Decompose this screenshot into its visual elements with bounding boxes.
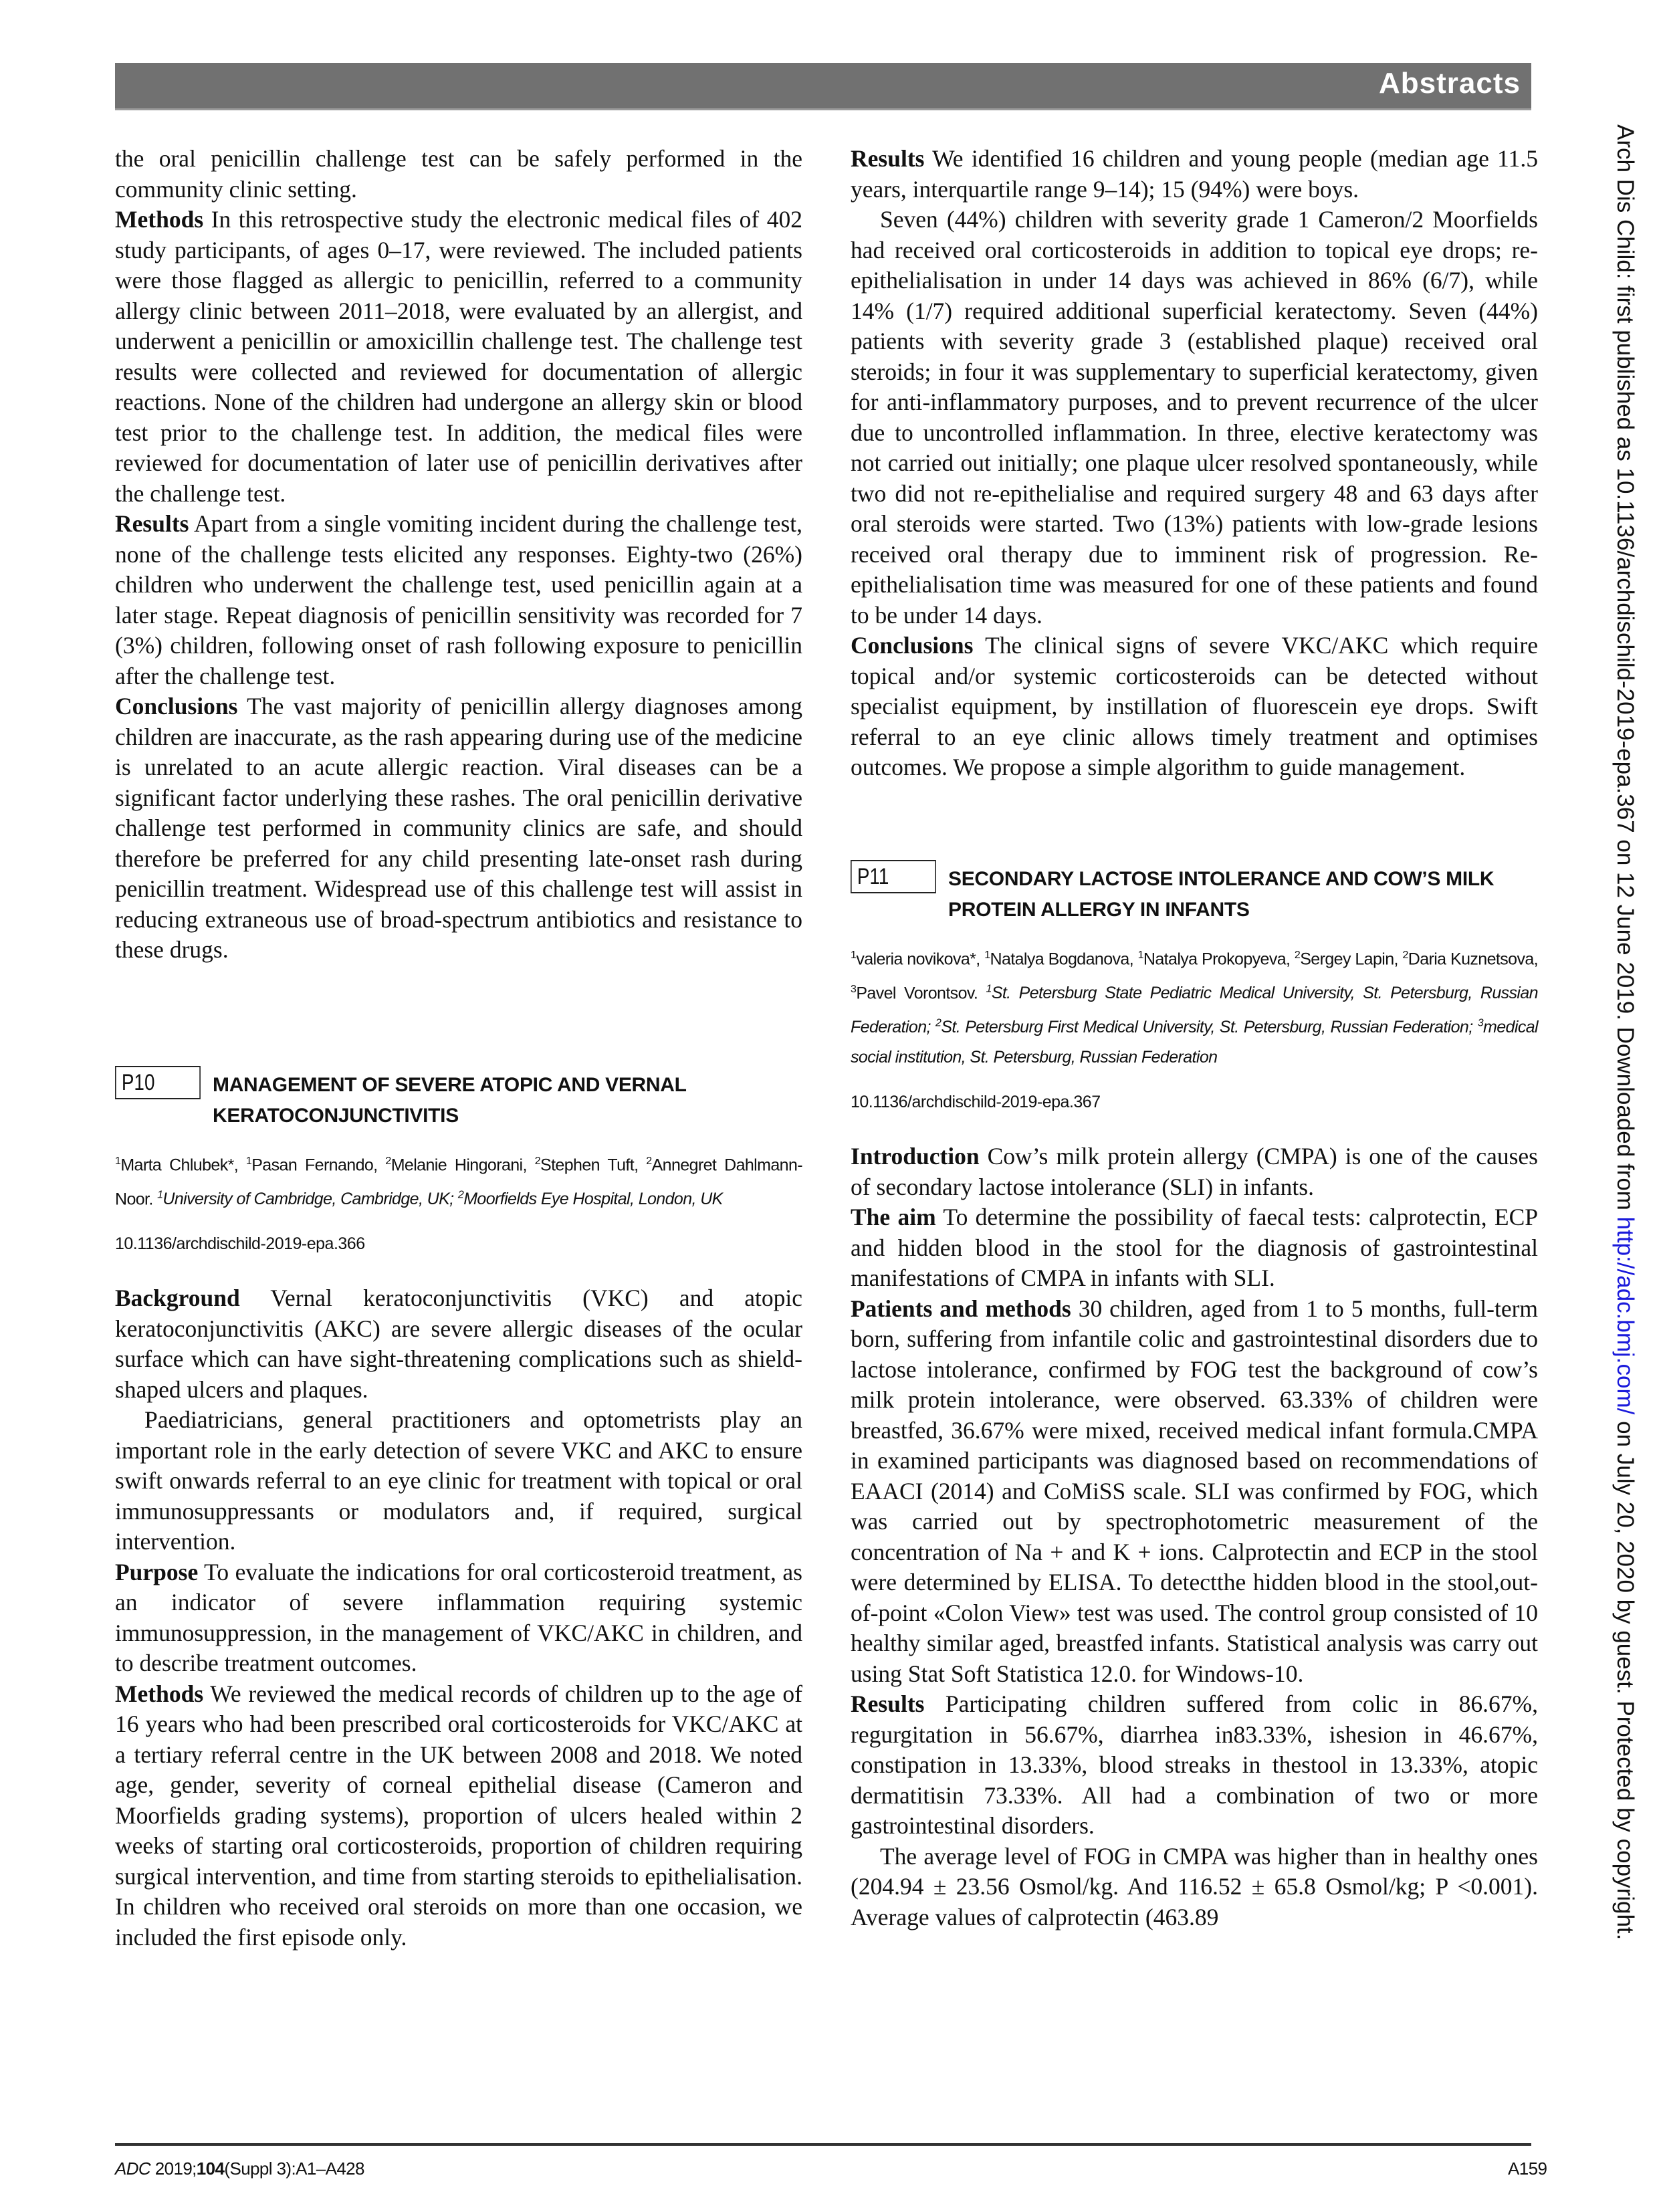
paragraph-lead: Conclusions — [851, 632, 973, 659]
paragraph: Paediatricians, general practitioners an… — [115, 1405, 802, 1557]
paragraph: the oral penicillin challenge test can b… — [115, 144, 802, 205]
author-name: valeria novikova*, — [856, 950, 984, 968]
paragraph-aim: The aim To determine the possibility of … — [851, 1202, 1538, 1294]
paragraph-lead: Purpose — [115, 1559, 198, 1585]
footer-divider — [115, 2143, 1531, 2146]
author-name: Pavel Vorontsov. — [856, 984, 986, 1002]
journal-link[interactable]: http://adc.bmj.com/ — [1612, 1217, 1638, 1415]
paragraph-conclusions: Conclusions The vast majority of penicil… — [115, 691, 802, 966]
paragraph-lead: Background — [115, 1285, 240, 1311]
paragraph-lead: Results — [851, 1690, 924, 1717]
author-name: Stephen Tuft, — [540, 1155, 646, 1174]
paragraph-methods: Methods In this retrospective study the … — [115, 205, 802, 509]
abstract-title: SECONDARY LACTOSE INTOLERANCE AND COW’S … — [948, 860, 1538, 925]
abstract-code-box: P10 — [115, 1066, 201, 1099]
affiliation: 1University of Cambridge, Cambridge, UK; — [157, 1190, 458, 1208]
paragraph-lead: Introduction — [851, 1143, 980, 1170]
abstract-heading: P11 SECONDARY LACTOSE INTOLERANCE AND CO… — [851, 860, 1538, 925]
author-list: 1Marta Chlubek*, 1Pasan Fernando, 2Melan… — [115, 1146, 802, 1215]
paragraph-results: Results We identified 16 children and yo… — [851, 144, 1538, 205]
paragraph-lead: The aim — [851, 1204, 936, 1230]
author-name: Melanie Hingorani, — [391, 1155, 535, 1174]
paragraph: Seven (44%) children with severity grade… — [851, 205, 1538, 631]
abstract-p11: P11 SECONDARY LACTOSE INTOLERANCE AND CO… — [851, 860, 1538, 1933]
download-side-note: Arch Dis Child: first published as 10.11… — [1612, 124, 1638, 1940]
paragraph-introduction: Introduction Cow’s milk protein allergy … — [851, 1141, 1538, 1202]
abstract-doi: 10.1136/archdischild-2019-epa.367 — [851, 1093, 1538, 1112]
affiliation: 2St. Petersburg First Medical University… — [935, 1018, 1478, 1036]
author-list: 1valeria novikova*, 1Natalya Bogdanova, … — [851, 940, 1538, 1073]
paragraph-purpose: Purpose To evaluate the indications for … — [115, 1557, 802, 1679]
page-number: A159 — [1508, 2159, 1547, 2179]
paragraph-methods: Methods We reviewed the medical records … — [115, 1679, 802, 1953]
author-name: Sergey Lapin, — [1300, 950, 1402, 968]
author-name: Natalya Prokopyeva, — [1143, 950, 1295, 968]
previous-abstract-continuation: the oral penicillin challenge test can b… — [115, 144, 802, 966]
affiliation: 2Moorfields Eye Hospital, London, UK — [458, 1190, 723, 1208]
right-column: Results We identified 16 children and yo… — [851, 144, 1538, 1932]
section-title: Abstracts — [1379, 67, 1521, 100]
author-name: Pasan Fernando, — [251, 1155, 385, 1174]
p10-continuation: Results We identified 16 children and yo… — [851, 144, 1538, 783]
section-header-bar: Abstracts — [115, 63, 1531, 110]
paragraph: The average level of FOG in CMPA was hig… — [851, 1842, 1538, 1933]
author-name: Daria Kuznetsova, — [1408, 950, 1538, 968]
abstract-heading: P10 MANAGEMENT OF SEVERE ATOPIC AND VERN… — [115, 1066, 802, 1131]
abstract-p10: P10 MANAGEMENT OF SEVERE ATOPIC AND VERN… — [115, 1066, 802, 1953]
paragraph-lead: Patients and methods — [851, 1295, 1071, 1322]
paragraph-results: Results Apart from a single vomiting inc… — [115, 509, 802, 691]
abstract-title: MANAGEMENT OF SEVERE ATOPIC AND VERNAL K… — [213, 1066, 802, 1131]
author-name: Natalya Bogdanova, — [990, 950, 1138, 968]
paragraph-background: Background Vernal keratoconjunctivitis (… — [115, 1283, 802, 1405]
paragraph-conclusions: Conclusions The clinical signs of severe… — [851, 631, 1538, 783]
paragraph-lead: Methods — [115, 1680, 203, 1707]
left-column: the oral penicillin challenge test can b… — [115, 144, 802, 1953]
abstract-doi: 10.1136/archdischild-2019-epa.366 — [115, 1234, 802, 1254]
paragraph-patients-methods: Patients and methods 30 children, aged f… — [851, 1294, 1538, 1690]
abstract-code-box: P11 — [851, 860, 936, 893]
citation-footer: ADC 2019;104(Suppl 3):A1–A428 — [115, 2159, 364, 2179]
paragraph-results: Results Participating children suffered … — [851, 1689, 1538, 1842]
paragraph-lead: Results — [851, 145, 924, 172]
author-name: Marta Chlubek*, — [120, 1155, 246, 1174]
paragraph-lead: Conclusions — [115, 693, 237, 720]
paragraph-lead: Methods — [115, 206, 203, 233]
paragraph-lead: Results — [115, 510, 189, 537]
